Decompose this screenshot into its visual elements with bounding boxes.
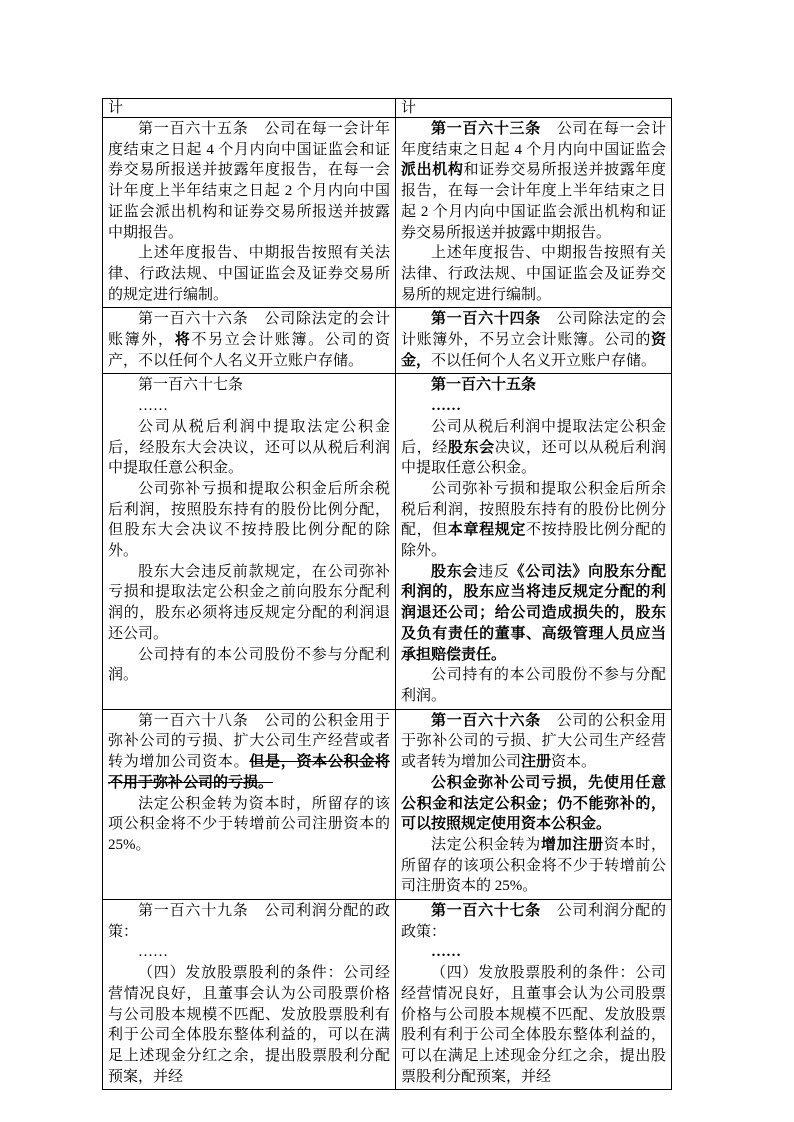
text-run: （四）发放股票股利的条件：公司经营情况良好，且董事会认为公司股票价格与公司股本规… [108, 965, 390, 1085]
paragraph: 第一百六十三条 公司在每一会计年度结束之日起 4 个月内向中国证监会派出机构和证… [401, 119, 666, 243]
paragraph: 法定公积金转为资本时，所留存的该项公积金将不少于转增前公司注册资本的 25%。 [108, 794, 390, 856]
text-run: …… [138, 944, 168, 960]
table-row: 第一百六十七条……公司从税后利润中提取法定公积金后，经股东大会决议，还可以从税后… [103, 373, 671, 708]
table-cell-left: 第一百六十八条 公司的公积金用于弥补公司的亏损、扩大公司生产经营或者转为增加公司… [103, 710, 396, 899]
revised-text-run: 公积金弥补公司亏损，先使用任意公积金和法定公积金；仍不能弥补的，可以按照规定使用… [401, 775, 666, 832]
paragraph: 法定公积金转为增加注册资本时，所留存的该项公积金将不少于转增前公司注册资本的 2… [401, 835, 666, 897]
paragraph: 公司持有的本公司股份不参与分配利润。 [401, 665, 666, 706]
text-run: 股东大会违反前款规定，在公司弥补亏损和提取法定公积金之前向股东分配利润的，股东必… [108, 564, 390, 642]
table-row: 第一百六十五条 公司在每一会计年度结束之日起 4 个月内向中国证监会和证券交易所… [103, 117, 671, 307]
revised-text-run: 第一百六十五条 [431, 377, 536, 393]
paragraph: 第一百六十九条 公司利润分配的政策： [108, 901, 390, 942]
text-run: 第一百六十七条 [138, 377, 243, 393]
continuation-text-right: 计 [401, 100, 666, 116]
table-cell-left: 第一百六十七条……公司从税后利润中提取法定公积金后，经股东大会决议，还可以从税后… [103, 374, 396, 708]
continuation-text-left: 计 [108, 100, 390, 116]
paragraph: 公司弥补亏损和提取公积金后所余税后利润，按照股东持有的股份比例分配，但股东大会决… [108, 479, 390, 562]
continuation-row: 计 计 [103, 99, 671, 117]
paragraph: 上述年度报告、中期报告按照有关法律、行政法规、中国证监会及证券交易所的规定进行编… [401, 243, 666, 305]
text-run: …… [138, 398, 168, 414]
revised-text-run: 派出机构 [401, 162, 464, 178]
table-row: 第一百六十六条 公司除法定的会计账簿外，将不另立会计账簿。公司的资产，不以任何个… [103, 307, 671, 373]
paragraph: 第一百六十五条 [401, 375, 666, 396]
text-run: 第一百六十五条 公司在每一会计年度结束之日起 4 个月内向中国证监会和证券交易所… [108, 121, 390, 241]
paragraph: 公司从税后利润中提取法定公积金后，经股东大会决议，还可以从税后利润中提取任意公积… [108, 417, 390, 479]
revised-text-run: 股东会 [431, 564, 478, 580]
paragraph: 第一百六十八条 公司的公积金用于弥补公司的亏损、扩大公司生产经营或者转为增加公司… [108, 711, 390, 794]
paragraph: 第一百六十六条 公司的公积金用于弥补公司的亏损、扩大公司生产经营或者转为增加公司… [401, 711, 666, 773]
revised-text-run: 将 [175, 332, 192, 348]
revised-text-run: 股东会 [448, 440, 495, 456]
paragraph: 股东会违反《公司法》向股东分配利润的，股东应当将违反规定分配的利润退还公司；给公… [401, 562, 666, 666]
table-row: 第一百六十八条 公司的公积金用于弥补公司的亏损、扩大公司生产经营或者转为增加公司… [103, 709, 671, 899]
text-run: 上述年度报告、中期报告按照有关法律、行政法规、中国证监会及证券交易所的规定进行编… [108, 245, 390, 302]
paragraph: …… [108, 942, 390, 963]
paragraph: 公积金弥补公司亏损，先使用任意公积金和法定公积金；仍不能弥补的，可以按照规定使用… [401, 773, 666, 835]
table-cell-right: 第一百六十七条 公司利润分配的政策：……（四）发放股票股利的条件：公司经营情况良… [396, 900, 671, 1089]
revised-text-run: 第一百六十六条 [431, 713, 541, 729]
table-cell-right: 第一百六十六条 公司的公积金用于弥补公司的亏损、扩大公司生产经营或者转为增加公司… [396, 710, 671, 899]
text-run: 法定公积金转为资本时，所留存的该项公积金将不少于转增前公司注册资本的 25%。 [108, 796, 390, 853]
text-run: 公司持有的本公司股份不参与分配利润。 [401, 667, 666, 704]
table-cell-left: 第一百六十五条 公司在每一会计年度结束之日起 4 个月内向中国证监会和证券交易所… [103, 118, 396, 307]
revised-text-run: …… [431, 398, 461, 414]
table-cell-left: 计 [103, 99, 396, 117]
paragraph: 上述年度报告、中期报告按照有关法律、行政法规、中国证监会及证券交易所的规定进行编… [108, 243, 390, 305]
paragraph: 股东大会违反前款规定，在公司弥补亏损和提取法定公积金之前向股东分配利润的，股东必… [108, 562, 390, 645]
text-run: 不以任何个人名义开立账户存储。 [431, 353, 656, 369]
revised-text-run: 第一百六十四条 [431, 311, 541, 327]
paragraph: 公司弥补亏损和提取公积金后所余税后利润，按照股东持有的股份比例分配，但本章程规定… [401, 479, 666, 562]
paragraph: 第一百六十六条 公司除法定的会计账簿外，将不另立会计账簿。公司的资产，不以任何个… [108, 309, 390, 371]
table-cell-right: 第一百六十三条 公司在每一会计年度结束之日起 4 个月内向中国证监会派出机构和证… [396, 118, 671, 307]
text-run: 法定公积金转为 [431, 837, 541, 853]
table-cell-right: 第一百六十四条 公司除法定的会计账簿外，不另立会计账簿。公司的资金，不以任何个人… [396, 308, 671, 373]
text-run: 违反 [478, 564, 509, 580]
text-run: 资本。 [551, 754, 596, 770]
paragraph: 第一百六十五条 公司在每一会计年度结束之日起 4 个月内向中国证监会和证券交易所… [108, 119, 390, 243]
text-run: 第一百六十九条 公司利润分配的政策： [108, 903, 390, 940]
table-cell-left: 第一百六十六条 公司除法定的会计账簿外，将不另立会计账簿。公司的资产，不以任何个… [103, 308, 396, 373]
table-cell-left: 第一百六十九条 公司利润分配的政策：……（四）发放股票股利的条件：公司经营情况良… [103, 900, 396, 1089]
paragraph: 第一百六十七条 [108, 375, 390, 396]
paragraph: 公司持有的本公司股份不参与分配利润。 [108, 645, 390, 686]
text-run: 公司弥补亏损和提取公积金后所余税后利润，按照股东持有的股份比例分配，但股东大会决… [108, 481, 390, 559]
revised-text-run: …… [431, 944, 461, 960]
revised-text-run: 第一百六十七条 [431, 903, 541, 919]
paragraph: 第一百六十七条 公司利润分配的政策： [401, 901, 666, 942]
comparison-table: 计 计 第一百六十五条 公司在每一会计年度结束之日起 4 个月内向中国证监会和证… [102, 98, 672, 1090]
text-run: 公司持有的本公司股份不参与分配利润。 [108, 647, 390, 684]
paragraph: （四）发放股票股利的条件：公司经营情况良好，且董事会认为公司股票价格与公司股本规… [108, 963, 390, 1087]
text-run: （四）发放股票股利的条件：公司经营情况良好，且董事会认为公司股票价格与公司股本规… [401, 965, 666, 1085]
table-cell-right: 计 [396, 99, 671, 117]
paragraph: 公司从税后利润中提取法定公积金后，经股东会决议，还可以从税后利润中提取任意公积金… [401, 417, 666, 479]
text-run: 上述年度报告、中期报告按照有关法律、行政法规、中国证监会及证券交易所的规定进行编… [401, 245, 666, 302]
paragraph: …… [401, 942, 666, 963]
paragraph: …… [108, 396, 390, 417]
table-cell-right: 第一百六十五条……公司从税后利润中提取法定公积金后，经股东会决议，还可以从税后利… [396, 374, 671, 708]
paragraph: 第一百六十四条 公司除法定的会计账簿外，不另立会计账簿。公司的资金，不以任何个人… [401, 309, 666, 371]
table-row: 第一百六十九条 公司利润分配的政策：……（四）发放股票股利的条件：公司经营情况良… [103, 899, 671, 1089]
paragraph: …… [401, 396, 666, 417]
comparison-table-body: 第一百六十五条 公司在每一会计年度结束之日起 4 个月内向中国证监会和证券交易所… [103, 117, 671, 1089]
revised-text-run: 本章程规定 [448, 522, 526, 538]
text-run: 公司从税后利润中提取法定公积金后，经股东大会决议，还可以从税后利润中提取任意公积… [108, 419, 390, 476]
revised-text-run: 注册 [521, 754, 551, 770]
paragraph: （四）发放股票股利的条件：公司经营情况良好，且董事会认为公司股票价格与公司股本规… [401, 963, 666, 1087]
revised-text-run: 第一百六十三条 [431, 121, 541, 137]
revised-text-run: 增加注册 [541, 837, 604, 853]
